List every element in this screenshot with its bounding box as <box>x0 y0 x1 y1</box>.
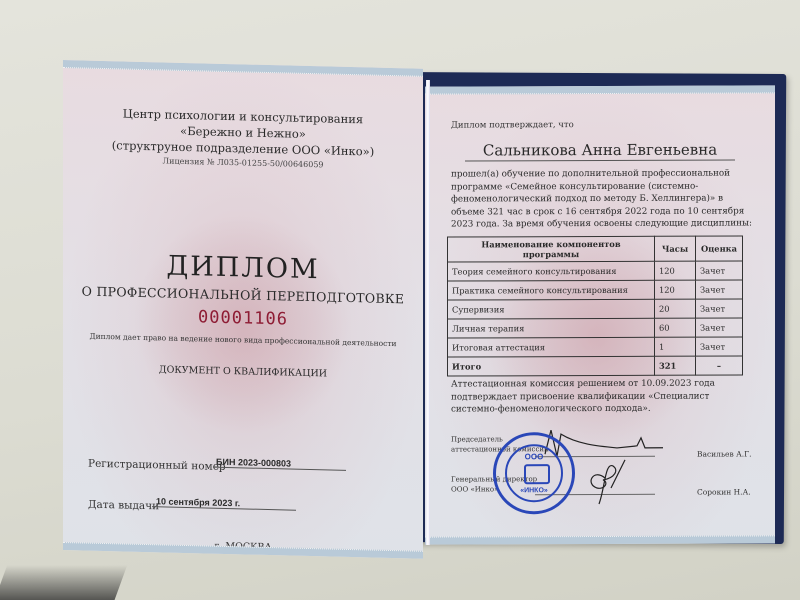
stamp-top-text: ООО <box>507 452 561 461</box>
issue-date-label: Дата выдачи <box>88 499 159 513</box>
commission-decision: Аттестационная комиссия решением от 10.0… <box>451 377 756 416</box>
table-row: Практика семейного консультирования 120 … <box>448 280 743 300</box>
discipline-grade: Зачет <box>696 337 743 356</box>
chair-name: Васильев А.Г. <box>697 449 752 458</box>
total-label: Итого <box>448 356 655 376</box>
header-grade: Оценка <box>696 236 743 261</box>
discipline-hours: 120 <box>655 261 696 280</box>
total-hours: 321 <box>655 356 696 375</box>
disciplines-table: Наименование компонентов программы Часы … <box>447 236 743 377</box>
discipline-grade: Зачет <box>696 261 743 280</box>
discipline-grade: Зачет <box>696 280 743 299</box>
table-header-row: Наименование компонентов программы Часы … <box>448 236 743 262</box>
confirms-text: Диплом подтверждает, что <box>451 120 574 130</box>
issue-date: 10 сентября 2023 г. <box>152 496 296 511</box>
registration-label: Регистрационный номер <box>88 458 226 473</box>
stamp-bottom-text: «ИНКО» <box>507 487 561 494</box>
table-total-row: Итого 321 – <box>448 356 743 376</box>
director-signature <box>575 458 635 508</box>
discipline-name: Личная терапия <box>448 318 655 338</box>
discipline-name: Итоговая аттестация <box>448 337 655 357</box>
discipline-name: Супервизия <box>448 299 655 319</box>
issuing-organization: Центр психологии и консультирования «Бер… <box>63 104 423 161</box>
table-row: Теория семейного консультирования 120 За… <box>448 261 743 281</box>
document-title: ДИПЛОМ <box>63 248 423 288</box>
table-row: Супервизия 20 Зачет <box>448 299 743 319</box>
total-grade: – <box>696 356 743 375</box>
book-emblem-icon <box>524 464 550 484</box>
header-hours: Часы <box>655 236 696 261</box>
discipline-grade: Зачет <box>696 299 743 318</box>
header-name: Наименование компонентов программы <box>448 236 655 262</box>
discipline-hours: 20 <box>655 299 696 318</box>
company-stamp: ООО «ИНКО» <box>493 432 575 514</box>
diploma-right-page: Диплом подтверждает, что Сальникова Анна… <box>425 85 775 544</box>
discipline-name: Теория семейного консультирования <box>448 261 655 281</box>
table-shadow <box>0 565 127 600</box>
table-row: Личная терапия 60 Зачет <box>448 318 743 338</box>
discipline-name: Практика семейного консультирования <box>448 280 655 300</box>
discipline-hours: 120 <box>655 280 696 299</box>
discipline-hours: 60 <box>655 318 696 337</box>
discipline-hours: 1 <box>655 337 696 356</box>
diploma-left-page: Центр психологии и консультирования «Бер… <box>63 60 423 559</box>
bookmark-ribbon <box>426 80 430 545</box>
graduate-name: Сальникова Анна Евгеньевна <box>465 141 735 162</box>
issue-city: г. МОСКВА <box>63 537 423 557</box>
discipline-grade: Зачет <box>696 318 743 337</box>
director-name: Сорокин Н.А. <box>697 487 751 496</box>
stamp-inner-ring: ООО «ИНКО» <box>505 444 563 502</box>
registration-number: БИН 2023-000803 <box>213 457 346 471</box>
table-row: Итоговая аттестация 1 Зачет <box>448 337 743 357</box>
program-description: прошел(а) обучение по дополнительной про… <box>451 167 756 231</box>
